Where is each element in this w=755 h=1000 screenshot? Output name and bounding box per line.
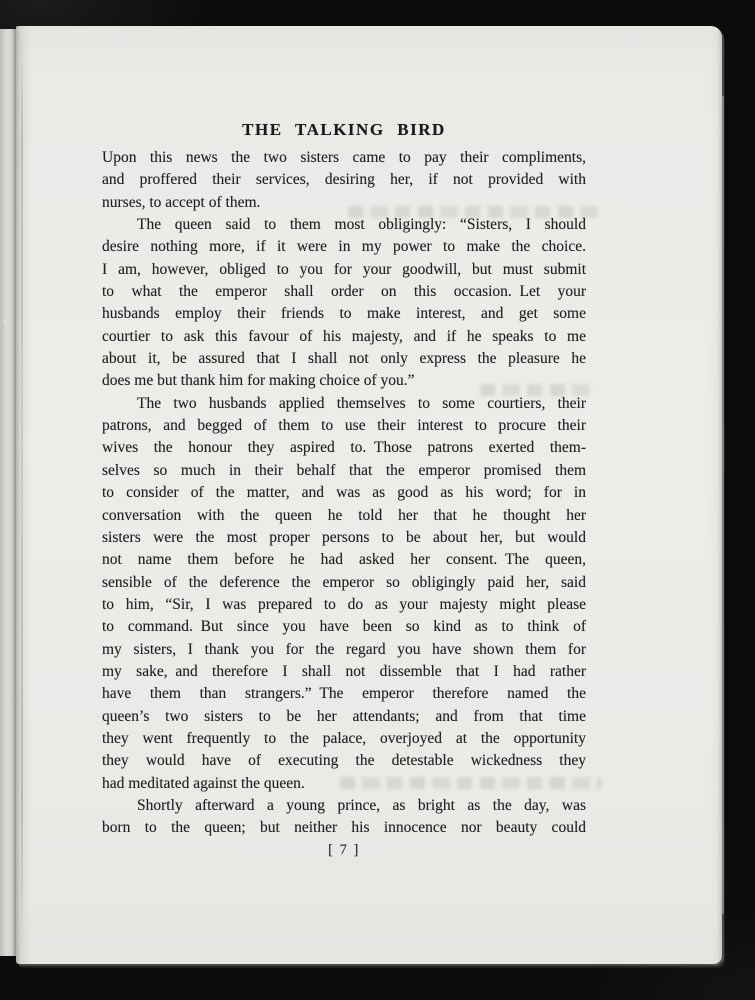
text-line: to command. But since you have been so k… [102, 616, 586, 638]
text-line: The two husbands applied themselves to s… [102, 393, 586, 415]
text-line: born to the queen; but neither his innoc… [102, 817, 586, 839]
text-line: desire nothing more, if it were in my po… [102, 236, 586, 258]
text-line: Upon this news the two sisters came to p… [102, 147, 586, 169]
text-line: had meditated against the queen. [102, 773, 586, 795]
text-line: to consider of the matter, and was as go… [102, 482, 586, 504]
text-line: Shortly afterward a young prince, as bri… [102, 795, 586, 817]
text-line: nurses, to accept of them. [102, 192, 586, 214]
text-line: to him, “Sir, I was prepared to do as yo… [102, 594, 586, 616]
text-line: husbands employ their friends to make in… [102, 303, 586, 325]
text-line: they went frequently to the palace, over… [102, 728, 586, 750]
text-line: my sake, and therefore I shall not disse… [102, 661, 586, 683]
book-page: THE TALKING BIRD Upon this news the two … [16, 26, 722, 964]
text-line: my sisters, I thank you for the regard y… [102, 639, 586, 661]
text-line: they would have of executing the detesta… [102, 750, 586, 772]
text-line: conversation with the queen he told her … [102, 505, 586, 527]
text-line: selves so much in their behalf that the … [102, 460, 586, 482]
text-line: to what the emperor shall order on this … [102, 281, 586, 303]
text-line: sensible of the deference the emperor so… [102, 572, 586, 594]
text-line: about it, be assured that I shall not on… [102, 348, 586, 370]
text-line: courtier to ask this favour of his majes… [102, 326, 586, 348]
text-block: Upon this news the two sisters came to p… [102, 147, 586, 840]
text-line: and proffered their services, desiring h… [102, 169, 586, 191]
dust-speck [4, 320, 6, 322]
text-line: wives the honour they aspired to. Those … [102, 437, 586, 459]
page-edge-stack [0, 29, 16, 956]
text-line: does me but thank him for making choice … [102, 370, 586, 392]
text-line: I am, however, obliged to you for your g… [102, 259, 586, 281]
text-line: sisters were the most proper persons to … [102, 527, 586, 549]
page-title: THE TALKING BIRD [102, 120, 586, 140]
scan-background: THE TALKING BIRD Upon this news the two … [0, 0, 755, 1000]
page-number: [ 7 ] [102, 842, 586, 859]
gutter-crease [21, 26, 23, 964]
text-line: have them than strangers.” The emperor t… [102, 683, 586, 705]
text-line: The queen said to them most obligingly: … [102, 214, 586, 236]
text-line: queen’s two sisters to be her attendants… [102, 706, 586, 728]
text-line: patrons, and begged of them to use their… [102, 415, 586, 437]
text-line: not name them before he had asked her co… [102, 549, 586, 571]
page-edge-highlight [721, 96, 724, 914]
